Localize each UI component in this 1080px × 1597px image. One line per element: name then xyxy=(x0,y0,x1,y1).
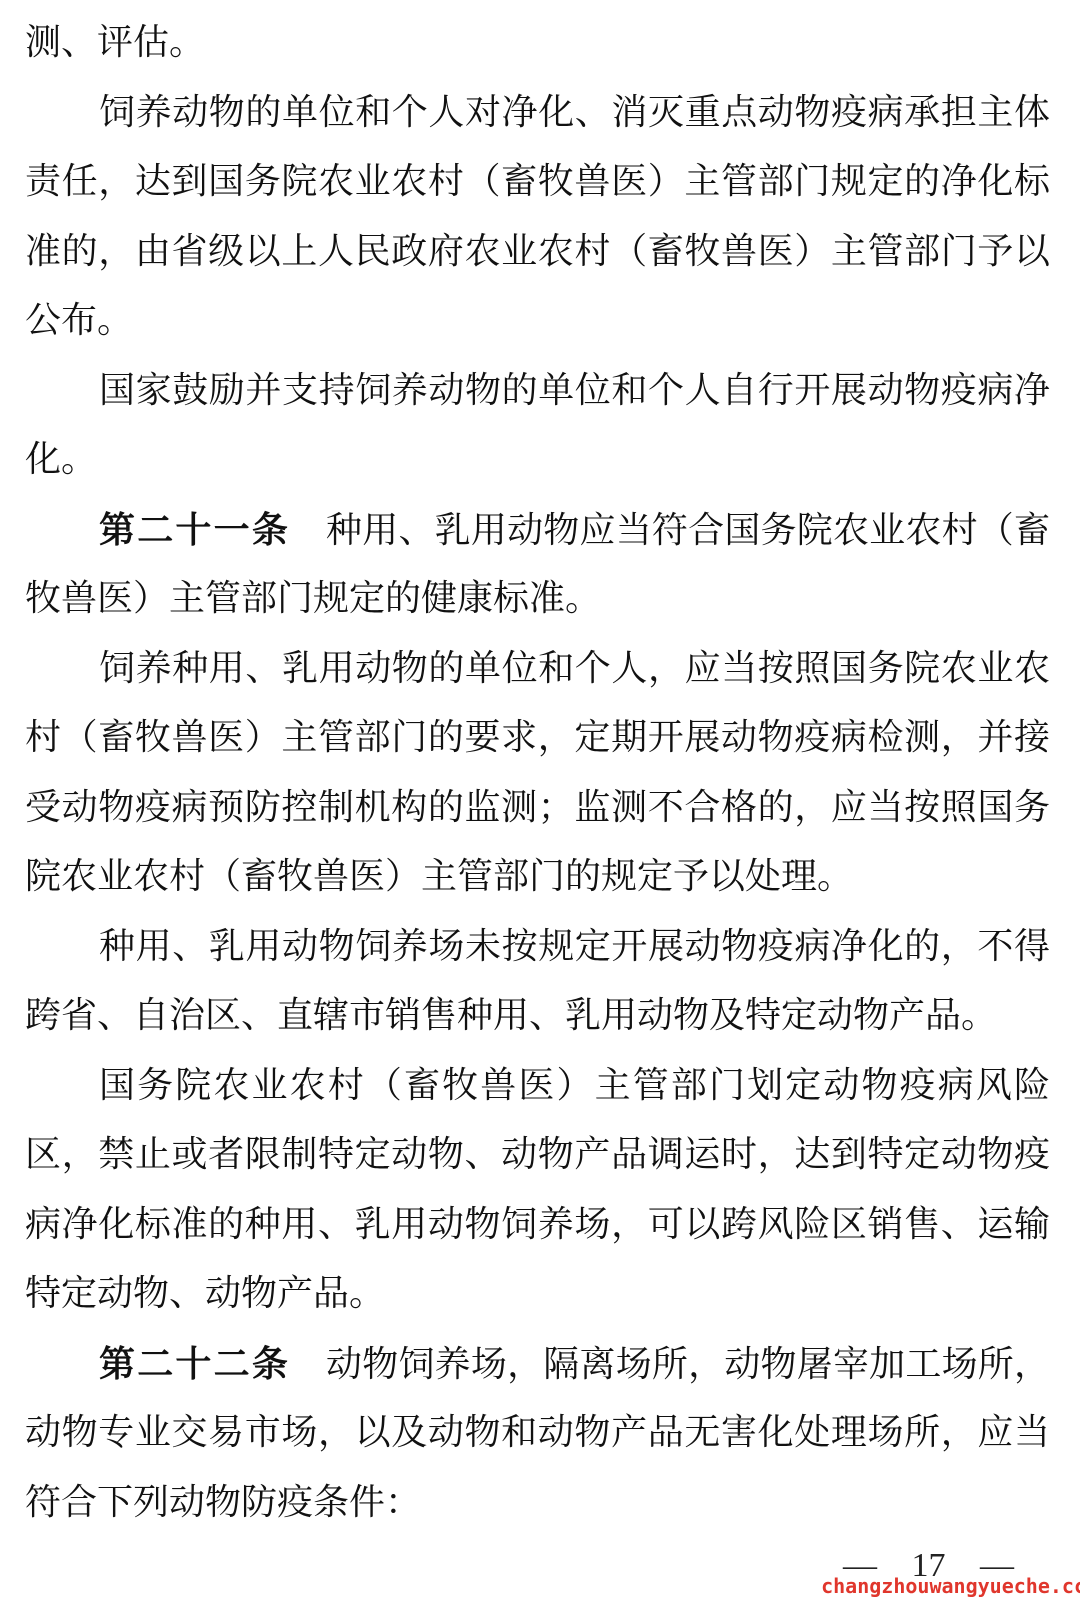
text-line: 化。 xyxy=(25,425,1050,495)
line-text: 种用、乳用动物饲养场未按规定开展动物疫病净化的，不得 xyxy=(99,926,1050,966)
text-line: 牧兽医）主管部门规定的健康标准。 xyxy=(25,564,1050,634)
line-text: 动物专业交易市场，以及动物和动物产品无害化处理场所，应当 xyxy=(25,1412,1050,1452)
text-line: 准的，由省级以上人民政府农业农村（畜牧兽医）主管部门予以 xyxy=(25,217,1050,287)
text-line: 责任，达到国务院农业农村（畜牧兽医）主管部门规定的净化标 xyxy=(25,147,1050,217)
text-line-article-22: 第二十二条动物饲养场，隔离场所，动物屠宰加工场所， xyxy=(25,1329,1050,1399)
line-text: 受动物疫病预防控制机构的监测；监测不合格的，应当按照国务 xyxy=(25,787,1050,827)
text-line: 国务院农业农村（畜牧兽医）主管部门划定动物疫病风险 xyxy=(25,1051,1050,1121)
article-number: 第二十二条 xyxy=(99,1343,290,1384)
line-text: 测、评估。 xyxy=(25,22,205,62)
line-text: 病净化标准的种用、乳用动物饲养场，可以跨风险区销售、运输 xyxy=(25,1204,1050,1244)
text-line: 公布。 xyxy=(25,286,1050,356)
line-text: 饲养动物的单位和个人对净化、消灭重点动物疫病承担主体 xyxy=(99,92,1050,132)
line-text: 国家鼓励并支持饲养动物的单位和个人自行开展动物疫病净 xyxy=(99,370,1050,410)
text-line-article-21: 第二十一条种用、乳用动物应当符合国务院农业农村（畜 xyxy=(25,495,1050,565)
text-line: 区，禁止或者限制特定动物、动物产品调运时，达到特定动物疫 xyxy=(25,1120,1050,1190)
line-text: 责任，达到国务院农业农村（畜牧兽医）主管部门规定的净化标 xyxy=(25,161,1050,201)
line-text: 符合下列动物防疫条件： xyxy=(25,1482,421,1522)
article-number: 第二十一条 xyxy=(99,509,290,550)
text-line: 国家鼓励并支持饲养动物的单位和个人自行开展动物疫病净 xyxy=(25,356,1050,426)
watermark-text: changzhouwangyueche.cc xyxy=(821,1574,1080,1597)
line-text: 区，禁止或者限制特定动物、动物产品调运时，达到特定动物疫 xyxy=(25,1134,1050,1174)
watermark: changzhouwangyueche.cc xyxy=(821,1574,1080,1597)
line-text: 饲养种用、乳用动物的单位和个人，应当按照国务院农业农 xyxy=(99,648,1050,688)
document-page: 测、评估。 饲养动物的单位和个人对净化、消灭重点动物疫病承担主体 责任，达到国务… xyxy=(0,0,1080,1597)
line-text: 牧兽医）主管部门规定的健康标准。 xyxy=(25,578,601,618)
text-line: 跨省、自治区、直辖市销售种用、乳用动物及特定动物产品。 xyxy=(25,981,1050,1051)
text-line: 村（畜牧兽医）主管部门的要求，定期开展动物疫病检测，并接 xyxy=(25,703,1050,773)
text-line: 符合下列动物防疫条件： xyxy=(25,1468,1050,1538)
line-text: 国务院农业农村（畜牧兽医）主管部门划定动物疫病风险 xyxy=(99,1065,1050,1105)
text-line: 饲养种用、乳用动物的单位和个人，应当按照国务院农业农 xyxy=(25,634,1050,704)
text-line: 种用、乳用动物饲养场未按规定开展动物疫病净化的，不得 xyxy=(25,912,1050,982)
text-line: 特定动物、动物产品。 xyxy=(25,1259,1050,1329)
text-line: 受动物疫病预防控制机构的监测；监测不合格的，应当按照国务 xyxy=(25,773,1050,843)
text-line: 饲养动物的单位和个人对净化、消灭重点动物疫病承担主体 xyxy=(25,78,1050,148)
text-line: 病净化标准的种用、乳用动物饲养场，可以跨风险区销售、运输 xyxy=(25,1190,1050,1260)
text-line: 测、评估。 xyxy=(25,8,1050,78)
line-text: 村（畜牧兽医）主管部门的要求，定期开展动物疫病检测，并接 xyxy=(25,717,1050,757)
document-text: 测、评估。 饲养动物的单位和个人对净化、消灭重点动物疫病承担主体 责任，达到国务… xyxy=(25,8,1050,1537)
text-line: 动物专业交易市场，以及动物和动物产品无害化处理场所，应当 xyxy=(25,1398,1050,1468)
line-text: 种用、乳用动物应当符合国务院农业农村（畜 xyxy=(326,510,1050,550)
line-text: 公布。 xyxy=(25,300,133,340)
line-text: 院农业农村（畜牧兽医）主管部门的规定予以处理。 xyxy=(25,856,853,896)
line-text: 跨省、自治区、直辖市销售种用、乳用动物及特定动物产品。 xyxy=(25,995,997,1035)
line-text: 动物饲养场，隔离场所，动物屠宰加工场所， xyxy=(326,1344,1050,1384)
line-text: 特定动物、动物产品。 xyxy=(25,1273,385,1313)
line-text: 准的，由省级以上人民政府农业农村（畜牧兽医）主管部门予以 xyxy=(25,231,1050,271)
text-line: 院农业农村（畜牧兽医）主管部门的规定予以处理。 xyxy=(25,842,1050,912)
line-text: 化。 xyxy=(25,439,97,479)
